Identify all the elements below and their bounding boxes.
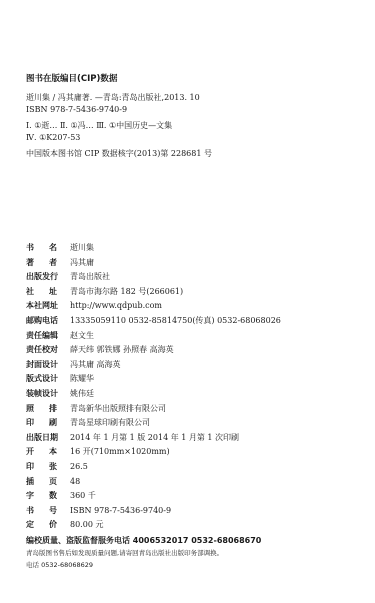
info-value: http://www.qdpub.com [70,299,162,314]
info-row-printer: 印刷 青岛星球印刷有限公司 [26,416,366,431]
info-label: 定价 [26,518,57,533]
info-value: 薛天纬 郭铁娜 孙照春 高海英 [70,343,174,358]
info-value: 360 千 [70,489,96,504]
info-row-price: 定价 80.00 元 [26,518,366,533]
info-label: 印张 [26,460,57,475]
info-value: 赵文生 [70,329,94,344]
info-value: 冯其庸 高海英 [70,358,121,373]
info-value: 青岛星球印刷有限公司 [70,416,150,431]
info-row-printed-sheets: 印张 26.5 [26,460,366,475]
info-label: 版式设计 [26,372,64,387]
info-row-cover-design: 封面设计 冯其庸 高海英 [26,358,366,373]
info-label: 书号 [26,504,57,519]
info-row-address: 社址 青岛市海尔路 182 号(266061) [26,285,366,300]
info-row-title: 书名 逝川集 [26,241,366,256]
info-row-word-count: 字数 360 千 [26,489,366,504]
return-notice: 青岛版图书售后如发现质量问题,请寄回青岛出版社出版印务部调换。 [26,547,366,559]
info-row-editor: 责任编辑 赵文生 [26,329,366,344]
info-row-plates: 插页 48 [26,475,366,490]
info-value: 48 [70,475,80,490]
info-label: 插页 [26,475,57,490]
info-label: 邮购电话 [26,314,64,329]
info-row-author: 著者 冯其庸 [26,256,366,271]
info-label: 著者 [26,256,57,271]
info-value: 26.5 [70,460,88,475]
info-row-layout-design: 版式设计 陈耀华 [26,372,366,387]
cip-line-isbn: ISBN 978-7-5436-9740-9 [26,104,356,116]
info-label: 字数 [26,489,57,504]
quality-hotline: 编校质量、盗版监督服务电话 4006532017 0532-68068670 [26,534,366,547]
info-value: 青岛市海尔路 182 号(266061) [70,285,183,300]
info-row-proofreader: 责任校对 薛天纬 郭铁娜 孙照春 高海英 [26,343,366,358]
cip-data-block: 图书在版编目(CIP)数据 逝川集 / 冯其庸著. —青岛:青岛出版社,2013… [26,72,356,160]
info-row-isbn: 书号 ISBN 978-7-5436-9740-9 [26,504,366,519]
service-footer: 编校质量、盗版监督服务电话 4006532017 0532-68068670 青… [26,534,366,571]
info-row-publisher: 出版发行 青岛出版社 [26,270,366,285]
info-value: 陈耀华 [70,372,94,387]
info-value: 2014 年 1 月第 1 版 2014 年 1 月第 1 次印刷 [70,431,239,446]
cip-line-bibliographic: 逝川集 / 冯其庸著. —青岛:青岛出版社,2013. 10 [26,92,356,104]
info-row-publication-date: 出版日期 2014 年 1 月第 1 版 2014 年 1 月第 1 次印刷 [26,431,366,446]
info-label: 责任校对 [26,343,64,358]
info-label: 责任编辑 [26,329,64,344]
info-value: 青岛出版社 [70,270,110,285]
info-value: 冯其庸 [70,256,94,271]
cip-title: 图书在版编目(CIP)数据 [26,72,356,84]
info-label: 出版发行 [26,270,64,285]
info-label: 封面设计 [26,358,64,373]
info-label: 书名 [26,241,57,256]
info-label: 本社网址 [26,299,64,314]
info-value: ISBN 978-7-5436-9740-9 [70,504,171,519]
service-phone: 电话 0532-68068629 [26,559,366,571]
info-label: 印刷 [26,416,57,431]
publication-info-table: 书名 逝川集 著者 冯其庸 出版发行 青岛出版社 社址 青岛市海尔路 182 号… [26,241,366,533]
info-value: 80.00 元 [70,518,103,533]
info-row-mail-order-phone: 邮购电话 13335059110 0532-85814750(传真) 0532-… [26,314,366,329]
info-row-format: 开本 16 开(710mm×1020mm) [26,445,366,460]
info-value: 16 开(710mm×1020mm) [70,445,170,460]
cip-line-classification: Ⅳ. ①K207-53 [26,132,356,144]
info-row-website: 本社网址 http://www.qdpub.com [26,299,366,314]
info-label: 照排 [26,402,57,417]
info-label: 开本 [26,445,57,460]
info-label: 出版日期 [26,431,64,446]
info-row-binding-design: 装帧设计 姚伟廷 [26,387,366,402]
cip-line-record-number: 中国版本图书馆 CIP 数据核字(2013)第 228681 号 [26,148,356,160]
cip-line-subjects: Ⅰ. ①逝… Ⅱ. ①冯… Ⅲ. ①中国历史—文集 [26,120,356,132]
info-label: 社址 [26,285,57,300]
info-value: 姚伟廷 [70,387,94,402]
info-value: 青岛新华出版照排有限公司 [70,402,166,417]
info-row-typesetting: 照排 青岛新华出版照排有限公司 [26,402,366,417]
info-value: 13335059110 0532-85814750(传真) 0532-68068… [70,314,281,329]
info-value: 逝川集 [70,241,94,256]
info-label: 装帧设计 [26,387,64,402]
